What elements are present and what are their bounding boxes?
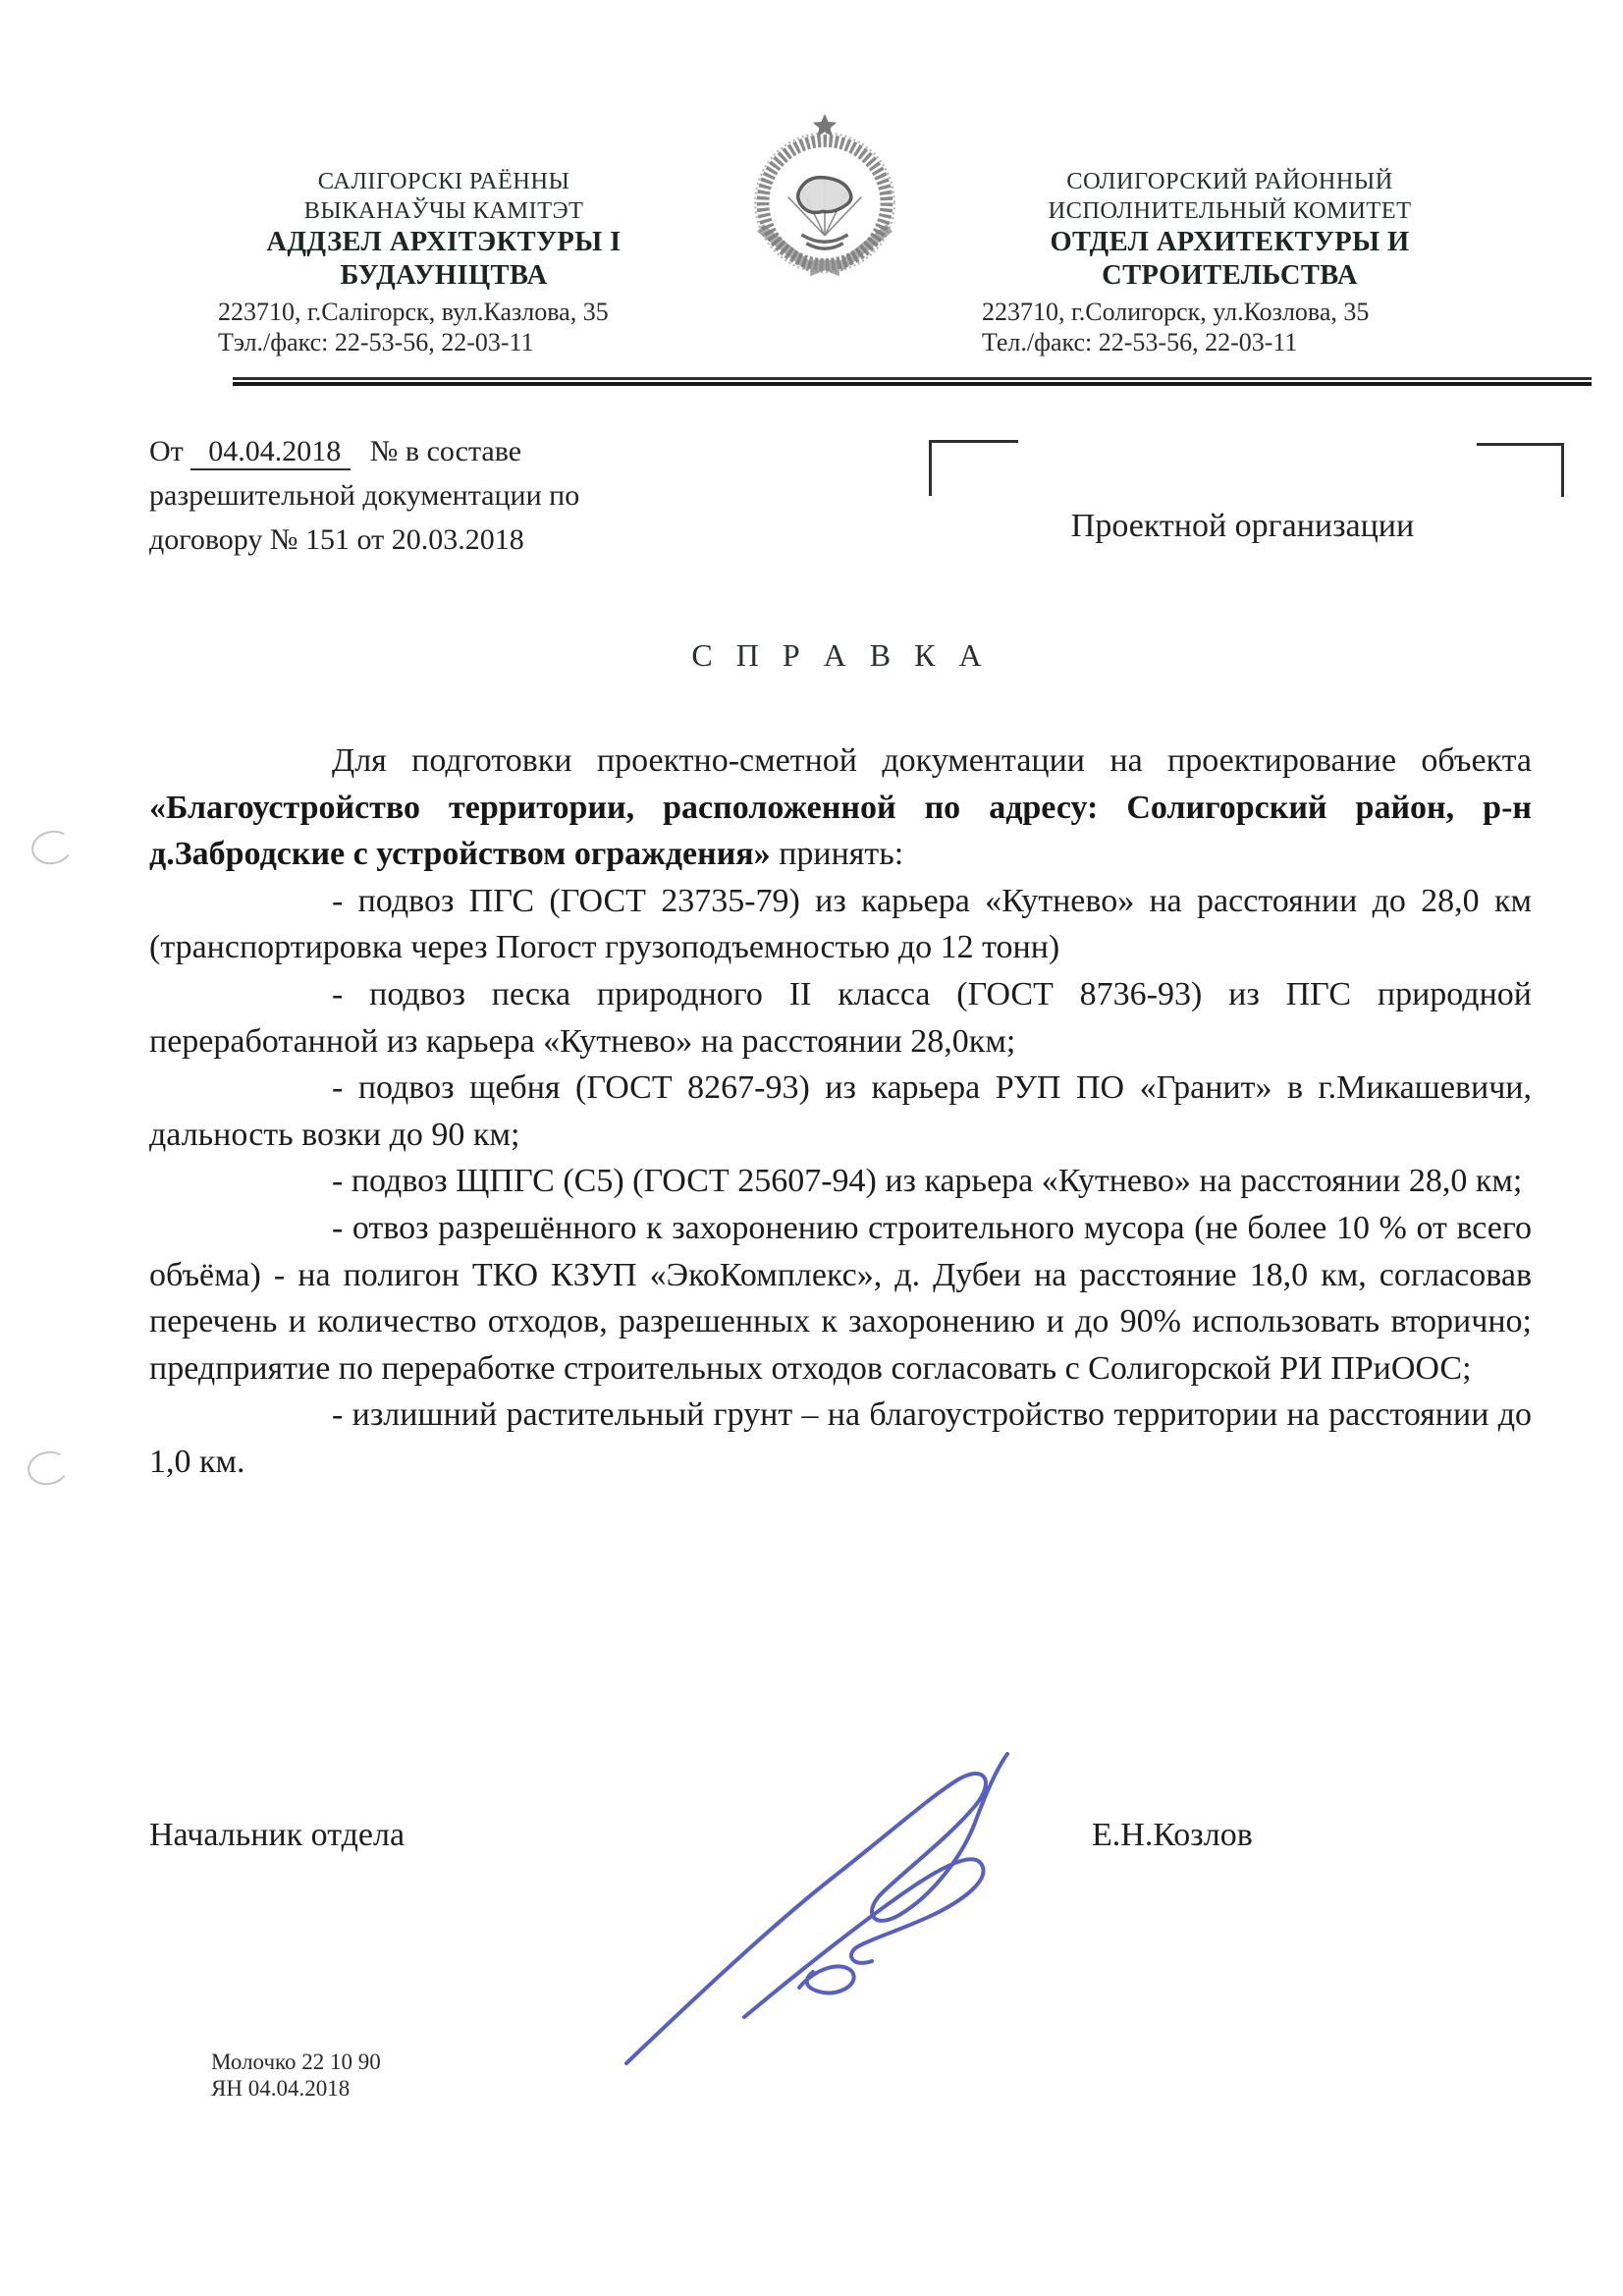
addressee-corner-right: [1477, 443, 1564, 497]
org-department-line: АДДЗЕЛ АРХІТЭКТУРЫ І: [218, 226, 670, 259]
footer-date-line: ЯН 04.04.2018: [211, 2075, 381, 2102]
org-phone: Тэл./факс: 22-53-56, 22-03-11: [218, 327, 670, 357]
intro-text: Для подготовки проектно-сметной документ…: [332, 742, 1532, 779]
org-department-line: БУДАУНІЦТВА: [218, 259, 670, 293]
org-address: 223710, г.Солигорск, ул.Козлова, 35: [982, 297, 1478, 327]
reference-block: От 04.04.2018 № в составе разрешительной…: [149, 429, 665, 562]
addressee-corner-left: [929, 440, 1018, 496]
list-item: - подвоз ЩПГС (С5) (ГОСТ 25607-94) из ка…: [149, 1158, 1532, 1205]
scan-artifact: [28, 827, 76, 868]
org-department-line: СТРОИТЕЛЬСТВА: [982, 259, 1478, 293]
document-title: С П Р А В К А: [149, 637, 1532, 674]
org-phone: Тел./факс: 22-53-56, 22-03-11: [982, 327, 1478, 357]
list-item: - подвоз песка природного II класса (ГОС…: [149, 971, 1532, 1065]
list-item: - подвоз щебня (ГОСТ 8267-93) из карьера…: [149, 1065, 1532, 1158]
from-label: От: [149, 435, 184, 467]
letterhead-divider: [233, 377, 1592, 386]
org-address: 223710, г.Салігорск, вул.Казлова, 35: [218, 297, 670, 327]
footer-note: Молочко 22 10 90 ЯН 04.04.2018: [211, 2049, 381, 2102]
org-name-line: ИСПОЛНИТЕЛЬНЫЙ КОМИТЕТ: [982, 196, 1478, 226]
addressee-label: Проектной организации: [921, 508, 1564, 545]
org-name-line: САЛІГОРСКІ РАЁННЫ: [218, 167, 670, 196]
org-name-line: ВЫКАНАЎЧЫ КАМІТЭТ: [218, 196, 670, 226]
executor-line: Молочко 22 10 90: [211, 2049, 381, 2075]
handwritten-signature: [568, 1722, 1041, 2080]
document-body: Для подготовки проектно-сметной документ…: [149, 738, 1532, 1486]
intro-paragraph: Для подготовки проектно-сметной документ…: [149, 738, 1532, 878]
document-date: 04.04.2018: [190, 435, 351, 470]
intro-text-tail: принять:: [771, 836, 904, 872]
org-department-line: ОТДЕЛ АРХИТЕКТУРЫ И: [982, 226, 1478, 259]
signer-name: Е.Н.Козлов: [1092, 1817, 1253, 1854]
letterhead-belarusian: САЛІГОРСКІ РАЁННЫ ВЫКАНАЎЧЫ КАМІТЭТ АДДЗ…: [218, 167, 670, 357]
belarus-coat-of-arms-icon: [742, 110, 907, 289]
list-item: - подвоз ПГС (ГОСТ 23735-79) из карьера …: [149, 878, 1532, 971]
signer-role: Начальник отдела: [149, 1817, 405, 1854]
org-name-line: СОЛИГОРСКИЙ РАЙОННЫЙ: [982, 167, 1478, 196]
letterhead-russian: СОЛИГОРСКИЙ РАЙОННЫЙ ИСПОЛНИТЕЛЬНЫЙ КОМИ…: [982, 167, 1478, 357]
list-item: - излишний растительный грунт – на благо…: [149, 1392, 1532, 1485]
scanned-letter-page: САЛІГОРСКІ РАЁННЫ ВЫКАНАЎЧЫ КАМІТЭТ АДДЗ…: [0, 0, 1623, 2296]
scan-artifact: [25, 1448, 72, 1489]
list-item: - отвоз разрешённого к захоронению строи…: [149, 1205, 1532, 1392]
